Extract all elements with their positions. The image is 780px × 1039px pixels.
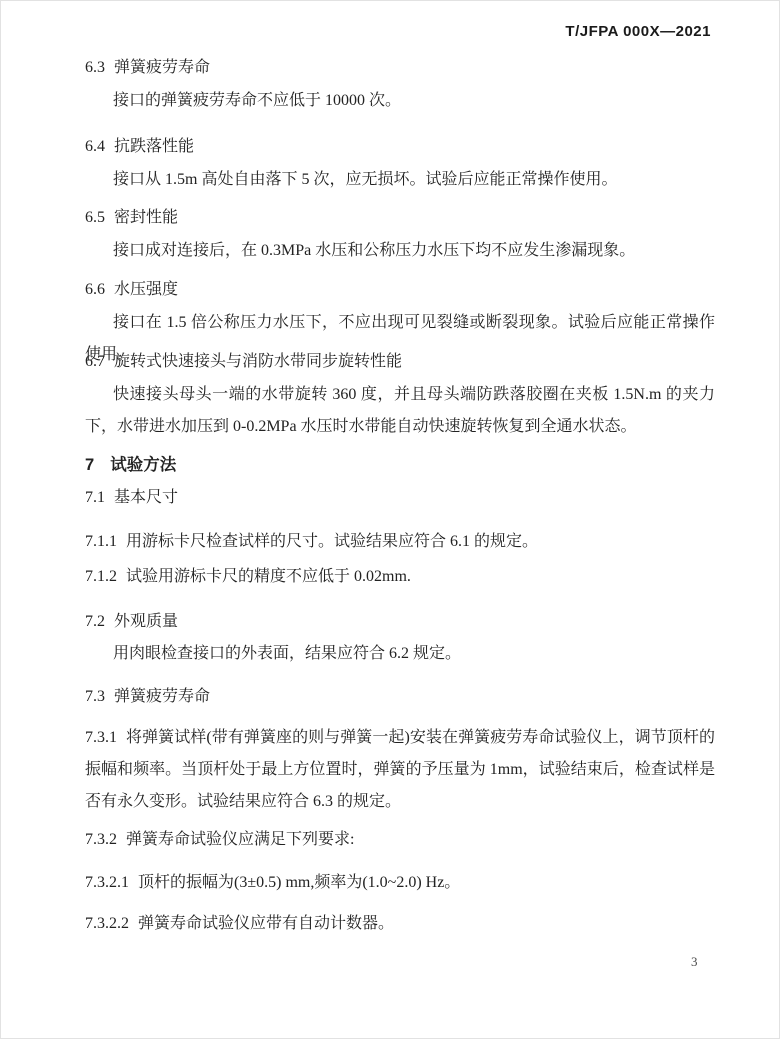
- section-heading-text: 旋转式快速接头与消防水带同步旋转性能: [114, 353, 402, 370]
- section-heading-number: 7.3: [85, 688, 105, 705]
- section-heading-text: 基本尺寸: [114, 489, 178, 506]
- chapter-heading-text: 试验方法: [110, 456, 176, 474]
- section-heading-number: 7.1: [85, 489, 105, 506]
- section-heading-number: 7.2: [85, 613, 105, 630]
- section-heading-number: 6.5: [85, 209, 105, 226]
- section-heading-number: 6.3: [85, 59, 105, 76]
- clause: 7.3.1将弹簧试样(带有弹簧座的则与弹簧一起)安装在弹簧疲劳寿命试验仪上，调节…: [85, 722, 715, 818]
- clause-number: 7.3.2.1: [85, 874, 129, 891]
- paragraph-text: 接口成对连接后，在 0.3MPa 水压和公称压力水压下均不应发生渗漏现象。: [113, 242, 635, 259]
- paragraph-text: 快速接头母头一端的水带旋转 360 度，并且母头端防跌落胶圈在夹板 1.5N.m…: [85, 386, 715, 435]
- section-heading: 6.7旋转式快速接头与消防水带同步旋转性能: [85, 346, 715, 378]
- section-heading-text: 水压强度: [114, 281, 178, 298]
- chapter-heading: 7试验方法: [85, 449, 715, 481]
- clause: 7.3.2.1顶杆的振幅为(3±0.5) mm,频率为(1.0~2.0) Hz。: [85, 867, 715, 899]
- section-heading: 7.2外观质量: [85, 606, 715, 638]
- document-header-standard-number: T/JFPA 000X—2021: [565, 23, 711, 40]
- paragraph: 用肉眼检查接口的外表面，结果应符合 6.2 规定。: [85, 638, 715, 670]
- paragraph: 接口成对连接后，在 0.3MPa 水压和公称压力水压下均不应发生渗漏现象。: [85, 235, 715, 267]
- clause-number: 7.1.1: [85, 533, 117, 550]
- section-heading-number: 6.4: [85, 138, 105, 155]
- clause-text: 弹簧寿命试验仪应满足下列要求:: [126, 831, 354, 848]
- section-heading-text: 外观质量: [114, 613, 178, 630]
- section-heading-number: 6.6: [85, 281, 105, 298]
- section-heading-text: 抗跌落性能: [114, 138, 194, 155]
- section-heading: 6.3弹簧疲劳寿命: [85, 52, 715, 84]
- clause: 7.3.2.2弹簧寿命试验仪应带有自动计数器。: [85, 908, 715, 940]
- clause: 7.3.2弹簧寿命试验仪应满足下列要求:: [85, 824, 715, 856]
- paragraph-text: 接口从 1.5m 高处自由落下 5 次，应无损坏。试验后应能正常操作使用。: [113, 171, 617, 188]
- section-heading: 7.3弹簧疲劳寿命: [85, 681, 715, 713]
- page-number: 3: [691, 952, 698, 972]
- clause-number: 7.3.1: [85, 729, 117, 746]
- clause-text: 顶杆的振幅为(3±0.5) mm,频率为(1.0~2.0) Hz。: [138, 874, 460, 891]
- clause-text: 试验用游标卡尺的精度不应低于 0.02mm.: [126, 568, 411, 585]
- clause: 7.1.1用游标卡尺检查试样的尺寸。试验结果应符合 6.1 的规定。: [85, 526, 715, 558]
- clause-number: 7.1.2: [85, 568, 117, 585]
- section-heading-text: 弹簧疲劳寿命: [114, 688, 210, 705]
- clause-text: 将弹簧试样(带有弹簧座的则与弹簧一起)安装在弹簧疲劳寿命试验仪上，调节顶杆的振幅…: [85, 729, 715, 810]
- chapter-heading-number: 7: [85, 456, 94, 474]
- paragraph: 接口从 1.5m 高处自由落下 5 次，应无损坏。试验后应能正常操作使用。: [85, 164, 715, 196]
- section-heading: 6.4抗跌落性能: [85, 131, 715, 163]
- section-heading-number: 6.7: [85, 353, 105, 370]
- section-heading-text: 密封性能: [114, 209, 178, 226]
- section-heading: 6.5密封性能: [85, 202, 715, 234]
- section-heading-text: 弹簧疲劳寿命: [114, 59, 210, 76]
- clause: 7.1.2试验用游标卡尺的精度不应低于 0.02mm.: [85, 561, 715, 593]
- paragraph: 快速接头母头一端的水带旋转 360 度，并且母头端防跌落胶圈在夹板 1.5N.m…: [85, 379, 715, 443]
- clause-text: 用游标卡尺检查试样的尺寸。试验结果应符合 6.1 的规定。: [126, 533, 538, 550]
- document-page: T/JFPA 000X—2021 6.3弹簧疲劳寿命接口的弹簧疲劳寿命不应低于 …: [0, 0, 780, 1039]
- clause-number: 7.3.2: [85, 831, 117, 848]
- paragraph-text: 接口的弹簧疲劳寿命不应低于 10000 次。: [113, 92, 401, 109]
- section-heading: 6.6水压强度: [85, 274, 715, 306]
- clause-number: 7.3.2.2: [85, 915, 129, 932]
- section-heading: 7.1基本尺寸: [85, 482, 715, 514]
- paragraph-text: 用肉眼检查接口的外表面，结果应符合 6.2 规定。: [113, 645, 461, 662]
- paragraph: 接口的弹簧疲劳寿命不应低于 10000 次。: [85, 85, 715, 117]
- clause-text: 弹簧寿命试验仪应带有自动计数器。: [138, 915, 394, 932]
